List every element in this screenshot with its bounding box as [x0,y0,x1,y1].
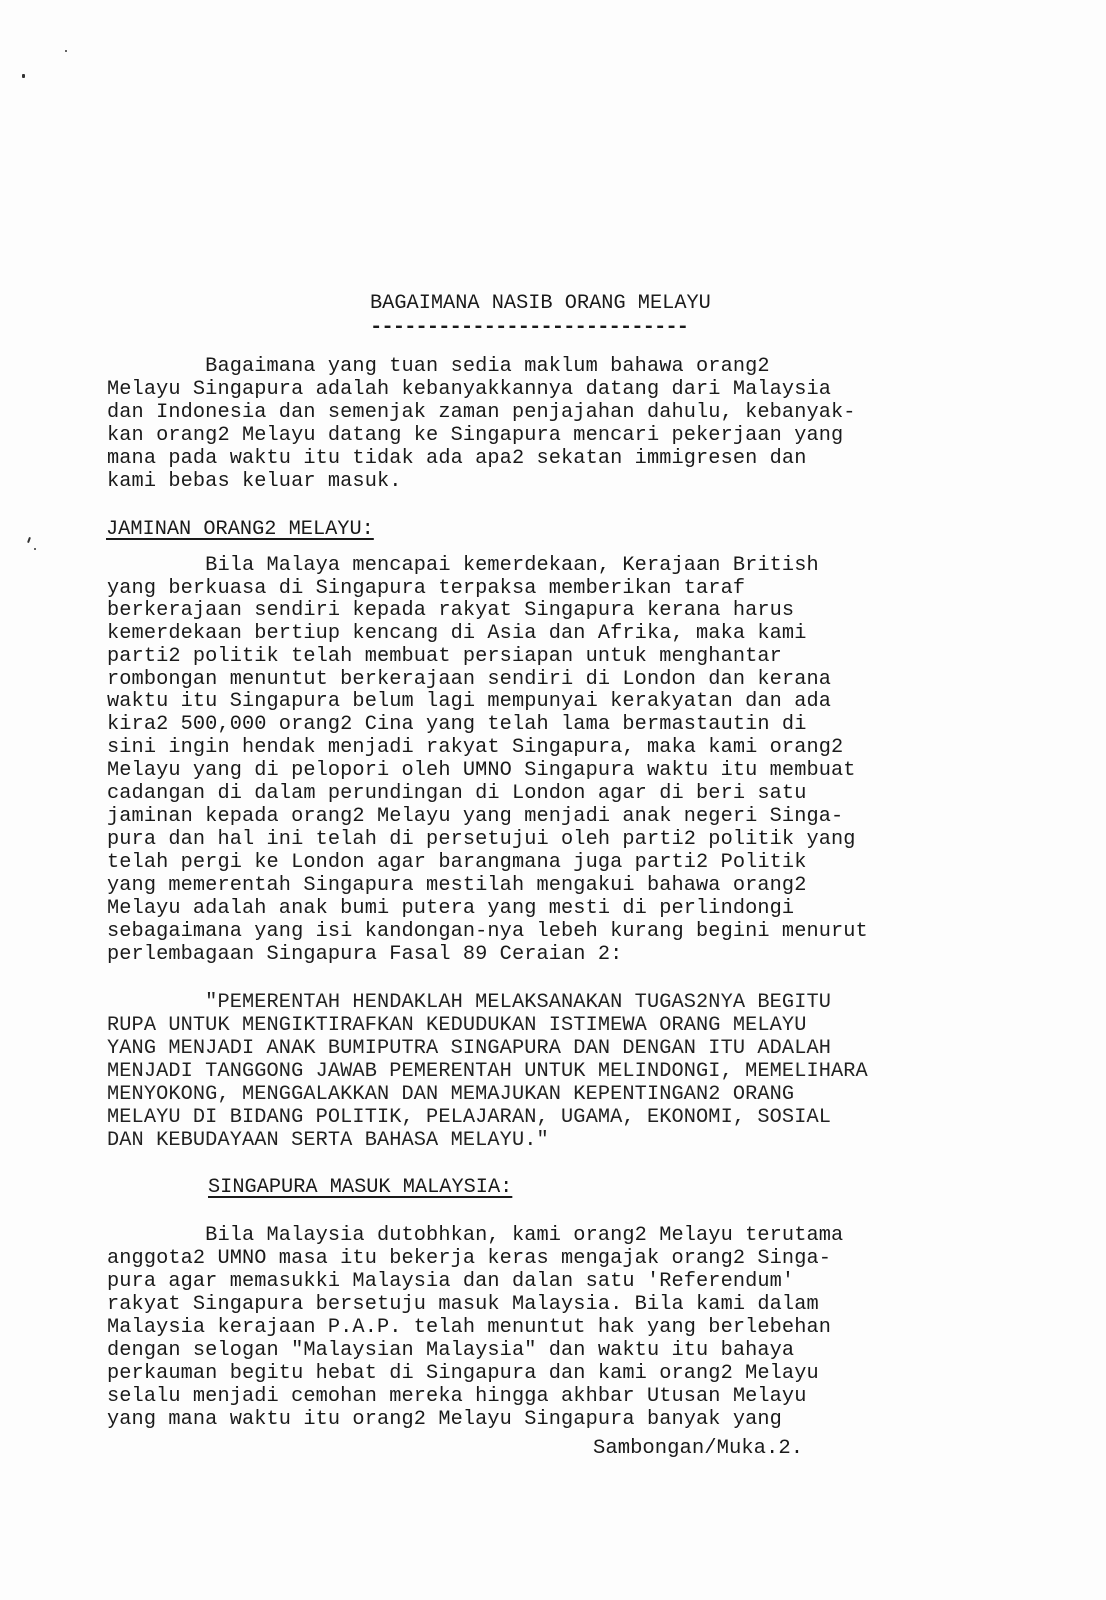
text-line: anggota2 UMNO masa itu bekerja keras men… [107,1247,831,1270]
text-line: jaminan kepada orang2 Melayu yang menjad… [107,805,843,828]
text-line: kami bebas keluar masuk. [107,470,402,493]
quote-line: MELAYU DI BIDANG POLITIK, PELAJARAN, UGA… [107,1106,831,1129]
text-line: yang memerentah Singapura mestilah menga… [107,874,806,897]
continuation-reference: Sambongan/Muka.2. [593,1437,803,1460]
document-title: BAGAIMANA NASIB ORANG MELAYU [370,292,711,315]
text-line: Melayu adalah anak bumi putera yang mest… [107,897,794,920]
text-line: sebagaimana yang isi kandongan-nya lebeh… [107,920,868,943]
text-line: rakyat Singapura bersetuju masuk Malaysi… [107,1293,819,1316]
text-line: parti2 politik telah membuat persiapan u… [107,645,782,668]
text-line: Bagaimana yang tuan sedia maklum bahawa … [107,355,770,378]
text-line: yang mana waktu itu orang2 Melayu Singap… [107,1408,782,1431]
scan-speck [34,548,36,550]
text-line: perlembagaan Singapura Fasal 89 Ceraian … [107,943,622,966]
section-heading-singapura-masuk-malaysia: SINGAPURA MASUK MALAYSIA: [208,1176,512,1199]
text-line: mana pada waktu itu tidak ada apa2 sekat… [107,447,806,470]
text-line: dengan selogan "Malaysian Malaysia" dan … [107,1339,794,1362]
quote-line: MENYOKONG, MENGGALAKKAN DAN MEMAJUKAN KE… [107,1083,794,1106]
text-line: kemerdekaan bertiup kencang di Asia dan … [107,622,806,645]
title-underline-rule: ---------------------------- [370,316,688,339]
text-line: kan orang2 Melayu datang ke Singapura me… [107,424,843,447]
text-line: waktu itu Singapura belum lagi mempunyai… [107,690,831,713]
text-line: Bila Malaysia dutobhkan, kami orang2 Mel… [107,1224,843,1247]
text-line: telah pergi ke London agar barangmana ju… [107,851,806,874]
text-line: yang berkuasa di Singapura terpaksa memb… [107,577,745,600]
section-heading-jaminan: JAMINAN ORANG2 MELAYU: [106,518,374,541]
text-line: perkauman begitu hebat di Singapura dan … [107,1362,819,1385]
text-line: Bila Malaya mencapai kemerdekaan, Keraja… [107,554,819,577]
text-line: rombongan menuntut berkerajaan sendiri d… [107,668,831,691]
text-line: selalu menjadi cemohan mereka hingga akh… [107,1385,806,1408]
text-line: pura dan hal ini telah di persetujui ole… [107,828,856,851]
text-line: Malaysia kerajaan P.A.P. telah menuntut … [107,1316,831,1339]
text-line: cadangan di dalam perundingan di London … [107,782,806,805]
quote-line: RUPA UNTUK MENGIKTIRAFKAN KEDUDUKAN ISTI… [107,1014,806,1037]
text-line: pura agar memasukki Malaysia dan dalan s… [107,1270,794,1293]
text-line: Melayu yang di pelopori oleh UMNO Singap… [107,759,856,782]
document-page: BAGAIMANA NASIB ORANG MELAYU -----------… [0,0,1106,1600]
text-line: dan Indonesia dan semenjak zaman penjaja… [107,401,856,424]
scan-speck [22,74,25,78]
quote-line: YANG MENJADI ANAK BUMIPUTRA SINGAPURA DA… [107,1037,831,1060]
text-line: berkerajaan sendiri kepada rakyat Singap… [107,599,794,622]
text-line: Melayu Singapura adalah kebanyakkannya d… [107,378,831,401]
quote-line: MENJADI TANGGONG JAWAB PEMERENTAH UNTUK … [107,1060,868,1083]
quote-line: "PEMERENTAH HENDAKLAH MELAKSANAKAN TUGAS… [107,991,831,1014]
text-line: kira2 500,000 orang2 Cina yang telah lam… [107,713,806,736]
quote-line: DAN KEBUDAYAAN SERTA BAHASA MELAYU." [107,1129,549,1152]
scan-speck [65,50,67,52]
text-line: sini ingin hendak menjadi rakyat Singapu… [107,736,843,759]
scan-speck [27,537,31,543]
